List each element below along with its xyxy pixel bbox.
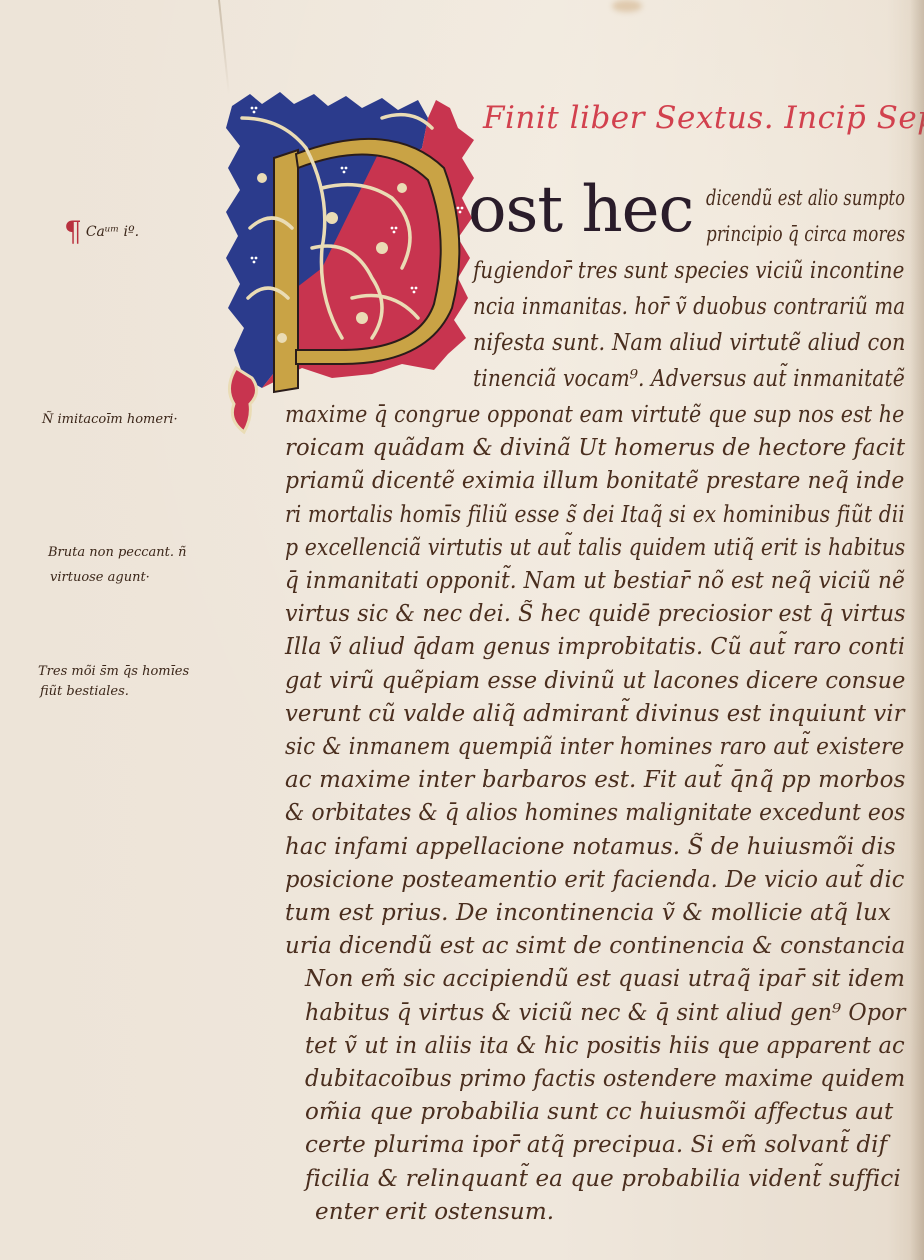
text-line: ac maxime inter barbaros est. Fit aut̃ q… (285, 767, 905, 793)
margin-note-tres-modi-line-2: fiũt bestiales. (40, 684, 129, 699)
margin-note-bruta-line-1: Bruta non peccant. ñ (48, 545, 187, 560)
paragraph-mark-icon: ¶ (64, 218, 82, 246)
text-line: Illa ṽ aliud q̄dam genus improbitatis. … (285, 634, 905, 660)
text-line: hac infami appellacione notamus. S̃ de h… (285, 834, 896, 860)
incipit-display-text: ost hec (468, 178, 693, 242)
text-line: virtus sic & nec dei. S̃ hec quidē prec… (285, 601, 906, 627)
text-line: maxime q̄ congrue opponat eam virtutẽ q… (285, 402, 904, 428)
illuminated-initial-icon (222, 88, 480, 448)
chapter-marker: ¶ Caᵘᵐ iº. (64, 218, 139, 246)
rubric-heading: Finit liber Sextus. Incip̄ Septi⁹ (483, 100, 924, 136)
text-line: ri mortalis homīs filiũ esse s̃ dei It… (285, 502, 905, 528)
text-line: roicam quãdam & divinã Ut homerus de h… (285, 435, 905, 461)
text-line: ficilia & relinquant̃ ea que probabilia … (305, 1166, 901, 1192)
text-line: enter erit ostensum. (315, 1199, 554, 1225)
parchment-crease (218, 0, 230, 95)
text-line: tinenciã vocam⁹. Adversus aut̃ inmanita… (473, 366, 905, 392)
text-line: dubitacoībus primo factis ostendere max… (305, 1066, 905, 1092)
margin-note-bruta-line-2: virtuose agunt· (50, 570, 150, 585)
text-line: q̄ inmanitati opponit̃. Nam ut bestiar̄ … (285, 568, 905, 594)
text-line: habitus q̄ virtus & viciũ nec & q̄ sint… (305, 1000, 906, 1026)
parchment-stain (612, 0, 642, 12)
text-line: tet ṽ ut in aliis ita & hic positis hii… (305, 1033, 905, 1059)
text-line: principio q̄ circa mores (706, 222, 905, 246)
text-line: Non em̃ sic accipiendũ est quasi utraq̃… (305, 966, 905, 992)
text-line: verunt cũ valde aliq̃ admirant̃ divinus… (285, 701, 905, 727)
margin-note-homer: Ñ imitacoīm homeri· (42, 412, 178, 427)
manuscript-page: Finit liber Sextus. Incip̄ Septi⁹ (0, 0, 924, 1260)
text-line: posicione posteamentio erit facienda. De… (285, 867, 905, 893)
text-line: certe plurima ipor̄ atq̃ precipua. Si em… (305, 1132, 887, 1158)
text-line: fugiendor̄ tres sunt species viciũ inco… (473, 258, 904, 284)
text-line: nifesta sunt. Nam aliud virtutẽ aliud c… (473, 330, 906, 356)
text-line: uria dicendũ est ac simt de continencia… (285, 933, 905, 959)
text-line: ncia inmanitas. hor̄ ṽ duobus contrariu… (473, 294, 905, 320)
text-line: & orbitates & q̄ alios homines malignita… (285, 800, 905, 826)
chapter-label: Caᵘᵐ iº. (86, 224, 139, 240)
text-line: dicendũ est alio sumpto (706, 186, 905, 210)
text-line: sic & inmanem quempiã inter homines rar… (285, 734, 904, 760)
text-line: om̃ia que probabilia sunt cc huiusmõi a… (305, 1099, 893, 1125)
margin-note-tres-modi-line-1: Tres mõi s̄m q̄s homīes (38, 664, 189, 679)
text-line: p excellenciã virtutis ut aut̃ talis qu… (285, 535, 905, 561)
text-line: gat virũ quẽpiam esse divinũ ut lacon… (285, 668, 905, 694)
text-line: priamũ dicentẽ eximia illum bonitatẽ … (285, 468, 904, 494)
text-line: tum est prius. De incontinencia ṽ & mol… (285, 900, 891, 926)
